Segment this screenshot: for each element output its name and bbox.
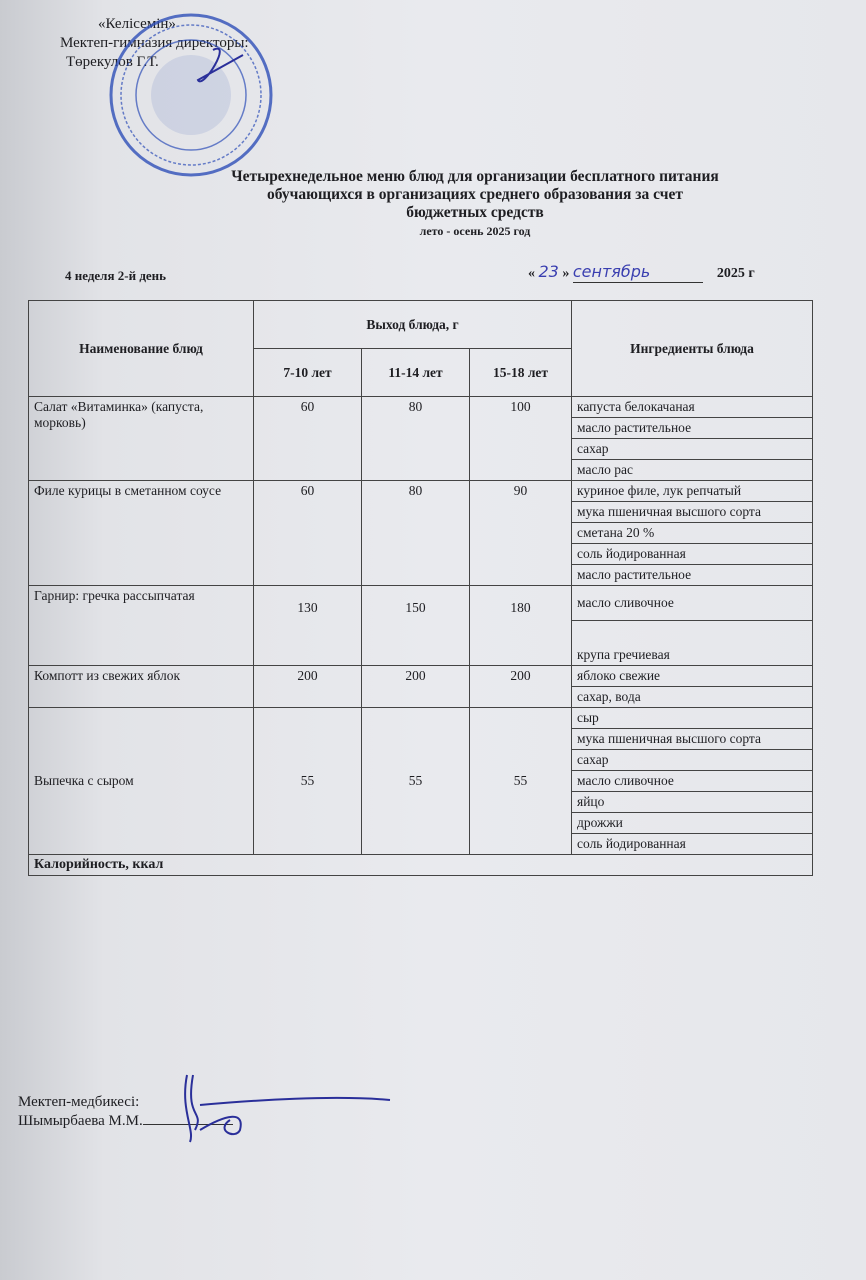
ingredient: сыр xyxy=(572,708,813,729)
dish-yield: 55 xyxy=(362,708,470,855)
calories-label: Калорийность, ккал xyxy=(29,855,813,876)
dish-name: Выпечка с сыром xyxy=(29,708,254,855)
dish-yield: 200 xyxy=(362,666,470,708)
title-line2: обучающихся в организациях среднего обра… xyxy=(150,186,800,204)
week-day: 4 неделя 2-й день xyxy=(65,268,166,284)
header-dish-name: Наименование блюд xyxy=(29,301,254,397)
title-line1: Четырехнедельное меню блюд для организац… xyxy=(150,168,800,186)
dish-yield: 55 xyxy=(470,708,572,855)
dish-yield: 180 xyxy=(470,586,572,666)
date-day: 23 xyxy=(539,262,559,281)
ingredient: масло растительное xyxy=(572,565,813,586)
dish-yield: 200 xyxy=(470,666,572,708)
ingredient: сахар xyxy=(572,750,813,771)
document-title: Четырехнедельное меню блюд для организац… xyxy=(150,168,800,240)
dish-yield: 90 xyxy=(470,481,572,586)
ingredient: сахар, вода xyxy=(572,687,813,708)
ingredient: мука пшеничная высшого сорта xyxy=(572,502,813,523)
ingredient: сахар xyxy=(572,439,813,460)
title-line3: бюджетных средств xyxy=(150,204,800,222)
dish-name: Филе курицы в сметанном соусе xyxy=(29,481,254,586)
ingredient: соль йодированная xyxy=(572,834,813,855)
date-month: сентябрь xyxy=(573,262,651,281)
ingredient: куриное филе, лук репчатый xyxy=(572,481,813,502)
date-line: « 23 » сентябрь 2025 г xyxy=(528,262,755,283)
ingredient: мука пшеничная высшого сорта xyxy=(572,729,813,750)
ingredient: масло сливочное xyxy=(572,586,813,621)
menu-table: Наименование блюд Выход блюда, г Ингреди… xyxy=(28,300,813,876)
dish-yield: 100 xyxy=(470,397,572,481)
header-yield: Выход блюда, г xyxy=(254,301,572,349)
ingredient: масло рас xyxy=(572,460,813,481)
table-row: Выпечка с сыром555555сыр xyxy=(29,708,813,729)
table-row: Компотт из свежих яблок200200200яблоко с… xyxy=(29,666,813,687)
dish-yield: 130 xyxy=(254,586,362,666)
dish-yield: 60 xyxy=(254,481,362,586)
dish-name: Гарнир: гречка рассыпчатая xyxy=(29,586,254,666)
dish-yield: 150 xyxy=(362,586,470,666)
dish-name: Компотт из свежих яблок xyxy=(29,666,254,708)
ingredient: дрожжи xyxy=(572,813,813,834)
ingredient: соль йодированная xyxy=(572,544,813,565)
header-age-11-14: 11-14 лет xyxy=(362,349,470,397)
handwritten-signature-icon xyxy=(175,1070,405,1145)
table-row: Филе курицы в сметанном соусе608090курин… xyxy=(29,481,813,502)
title-season: лето - осень 2025 год xyxy=(150,222,800,240)
ingredient: масло сливочное xyxy=(572,771,813,792)
date-year: 2025 г xyxy=(717,266,755,281)
dish-yield: 200 xyxy=(254,666,362,708)
ingredient: сметана 20 % xyxy=(572,523,813,544)
header-ingredients: Ингредиенты блюда xyxy=(572,301,813,397)
header-age-15-18: 15-18 лет xyxy=(470,349,572,397)
table-row: Салат «Витаминка» (капуста, морковь)6080… xyxy=(29,397,813,418)
ingredient: яйцо xyxy=(572,792,813,813)
ingredient: крупа гречиевая xyxy=(572,621,813,666)
school-stamp-icon xyxy=(103,10,278,180)
ingredient: масло растительное xyxy=(572,418,813,439)
nurse-name: Шымырбаева М.М. xyxy=(18,1113,143,1129)
dish-yield: 80 xyxy=(362,397,470,481)
dish-yield: 60 xyxy=(254,397,362,481)
ingredient: яблоко свежие xyxy=(572,666,813,687)
dish-yield: 55 xyxy=(254,708,362,855)
dish-yield: 80 xyxy=(362,481,470,586)
dish-name: Салат «Витаминка» (капуста, морковь) xyxy=(29,397,254,481)
table-row: Гарнир: гречка рассыпчатая130150180масло… xyxy=(29,586,813,621)
header-age-7-10: 7-10 лет xyxy=(254,349,362,397)
ingredient: капуста белокачаная xyxy=(572,397,813,418)
